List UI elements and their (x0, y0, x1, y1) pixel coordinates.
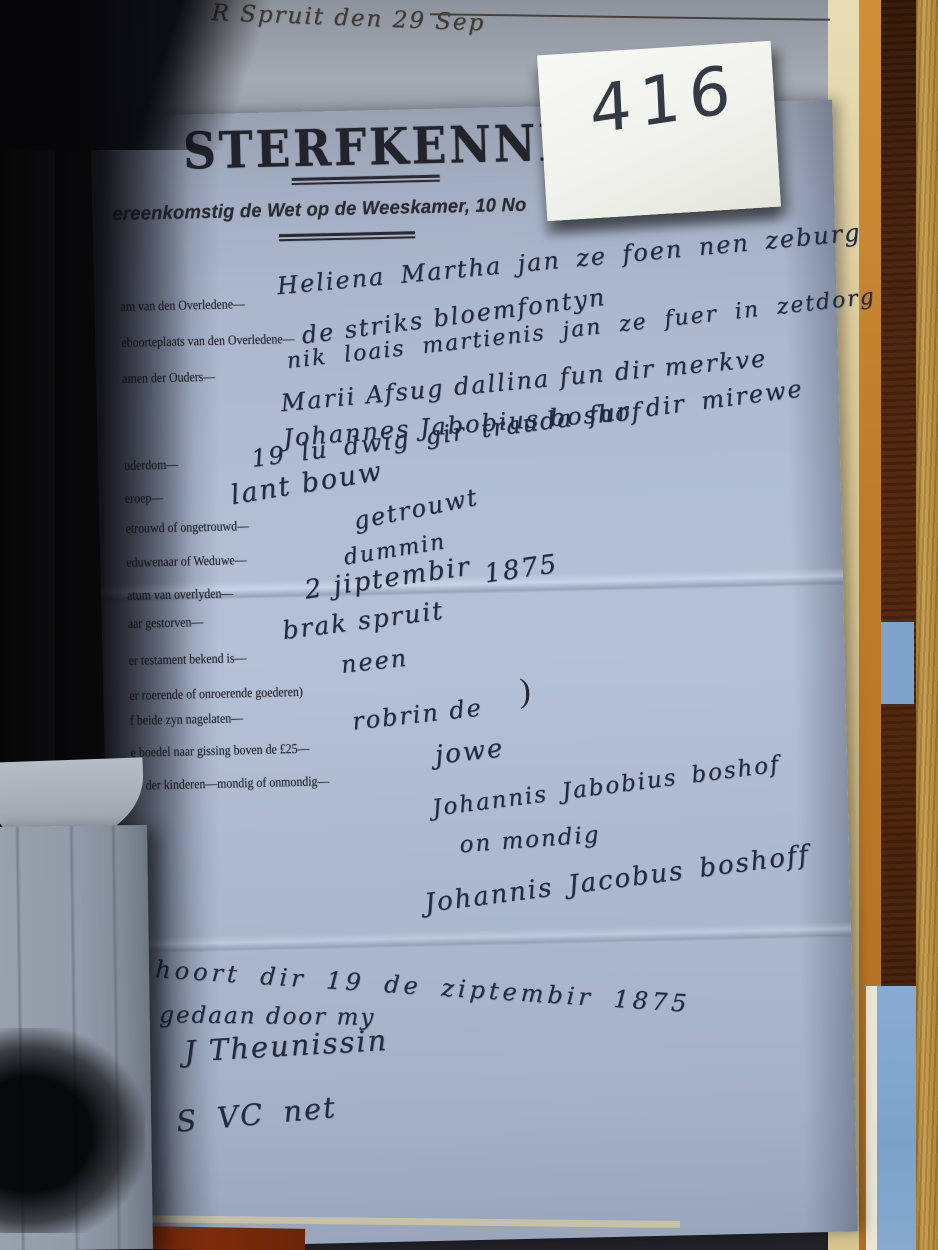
photo-of-death-notice-document: R Spruit den 29 Sep STERFKENNIS ereenkom… (0, 0, 938, 1250)
blue-sheet-peek (881, 622, 914, 704)
field-value-boedel: jowe (434, 733, 506, 770)
field-value-nagelaten: robrin de (351, 693, 484, 735)
field-value-testament: neen (339, 644, 409, 679)
page-crease (109, 922, 851, 955)
children-entry-status: on mondig (459, 822, 602, 859)
field-value-getrouwd: getrouwt (351, 483, 481, 535)
page-edge-white (866, 986, 877, 1250)
field-value-waar-gestorven: brak spruit (281, 596, 446, 645)
sticky-note-number: 416 (588, 50, 740, 150)
dark-corner-shadow (0, 1028, 145, 1233)
printed-bracket: ) (519, 673, 531, 711)
wood-grain (916, 0, 938, 1250)
subtitle-rule (279, 231, 415, 241)
sticky-note: 416 (537, 41, 781, 221)
